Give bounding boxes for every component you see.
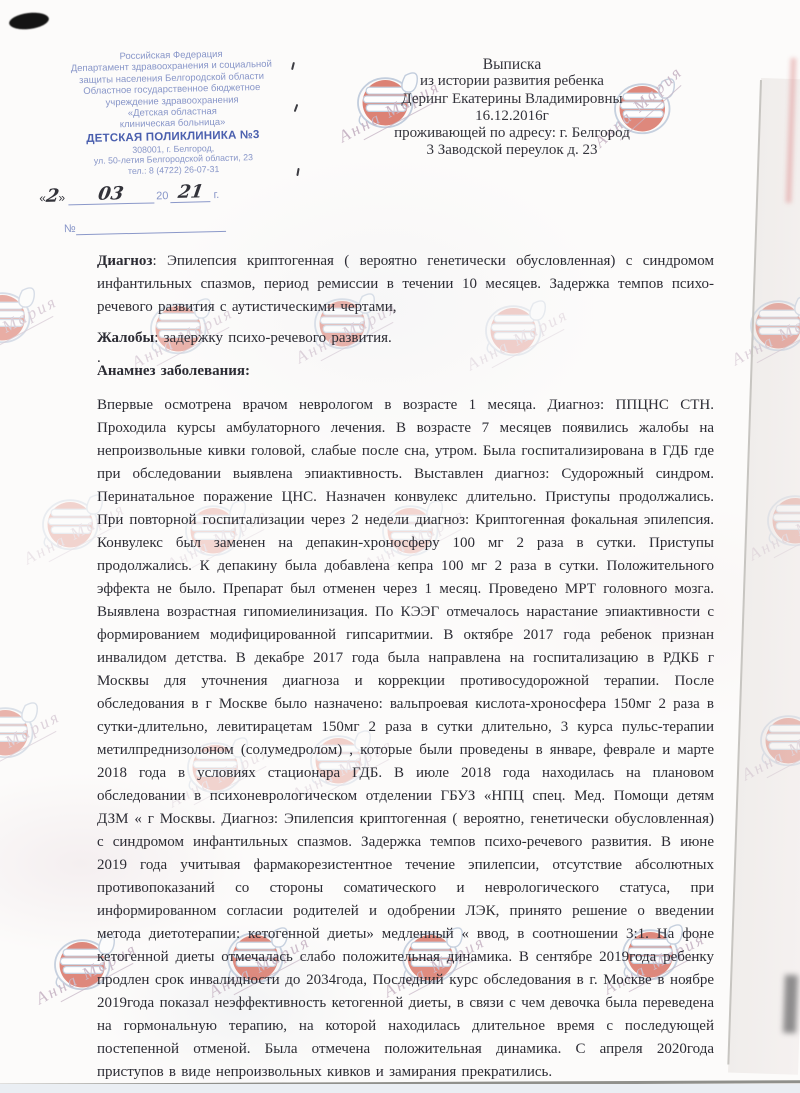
anamnesis-label: Анамнез заболевания: xyxy=(97,363,250,379)
stamp-date-line: «2» 032021 г. xyxy=(29,180,319,211)
anamnesis-heading: Анамнез заболевания: xyxy=(97,360,714,383)
scanned-medical-document: Анна Мария Анна Мария Анна Мария Анна Ма… xyxy=(0,0,800,1093)
document-header: Выписка из истории развития ребенкаДерин… xyxy=(312,56,712,160)
anamnesis-text: Впервые осмотрена врачом неврологом в во… xyxy=(97,394,714,1084)
document-header-line: 16.12.2016г xyxy=(312,108,712,125)
letterhead-address: 308001, г. Белгород,ул. 50-летия Белгоро… xyxy=(28,141,319,179)
number-label: № xyxy=(64,222,76,234)
document-header-line: из истории развития ребенка xyxy=(312,73,712,90)
document-header-line: Деринг Екатерины Владимировны xyxy=(312,91,712,108)
scan-dark-smudge xyxy=(783,975,798,1033)
document-header-lines: из истории развития ребенкаДеринг Екатер… xyxy=(312,73,712,159)
date-suffix: г. xyxy=(213,189,219,201)
complaints-text: : задержку психо-речевого развития. xyxy=(154,330,392,346)
scan-corner-mark xyxy=(8,11,50,32)
annamaria-logo-watermark xyxy=(0,285,38,345)
page-right-margin-area xyxy=(728,78,800,1075)
handwritten-month: 03 xyxy=(97,185,125,204)
date-century: 20 xyxy=(156,190,169,202)
stamp-number-line: № xyxy=(30,210,320,236)
annamaria-logo-watermark xyxy=(0,700,41,760)
document-title: Выписка xyxy=(312,56,712,73)
letterhead-org-lines: Российская ФедерацияДепартамент здравоох… xyxy=(26,47,318,133)
date-year-blank: 21 xyxy=(170,183,210,203)
watermark-brand-text: Анна Мария xyxy=(0,707,66,780)
number-blank xyxy=(75,212,225,234)
diagnosis-label: Диагноз xyxy=(97,253,152,269)
date-month-blank: 03 xyxy=(68,184,154,205)
handwritten-day: 2 xyxy=(45,187,60,205)
complaints-label: Жалобы xyxy=(97,330,154,346)
document-header-line: 3 Заводской переулок д. 23 xyxy=(312,142,712,159)
document-header-line: проживающей по адресу: г. Белгород xyxy=(312,125,712,142)
diagnosis-paragraph: Диагноз: Эпилепсия криптогенная ( вероят… xyxy=(97,250,714,319)
diagnosis-text: : Эпилепсия криптогенная ( вероятно гене… xyxy=(97,253,714,315)
page-bottom-margin-area xyxy=(0,1084,800,1093)
letterhead-stamp: Российская ФедерацияДепартамент здравоох… xyxy=(26,47,320,236)
watermark-brand-text: Анна Мария xyxy=(0,292,63,365)
handwritten-year: 21 xyxy=(176,183,204,202)
